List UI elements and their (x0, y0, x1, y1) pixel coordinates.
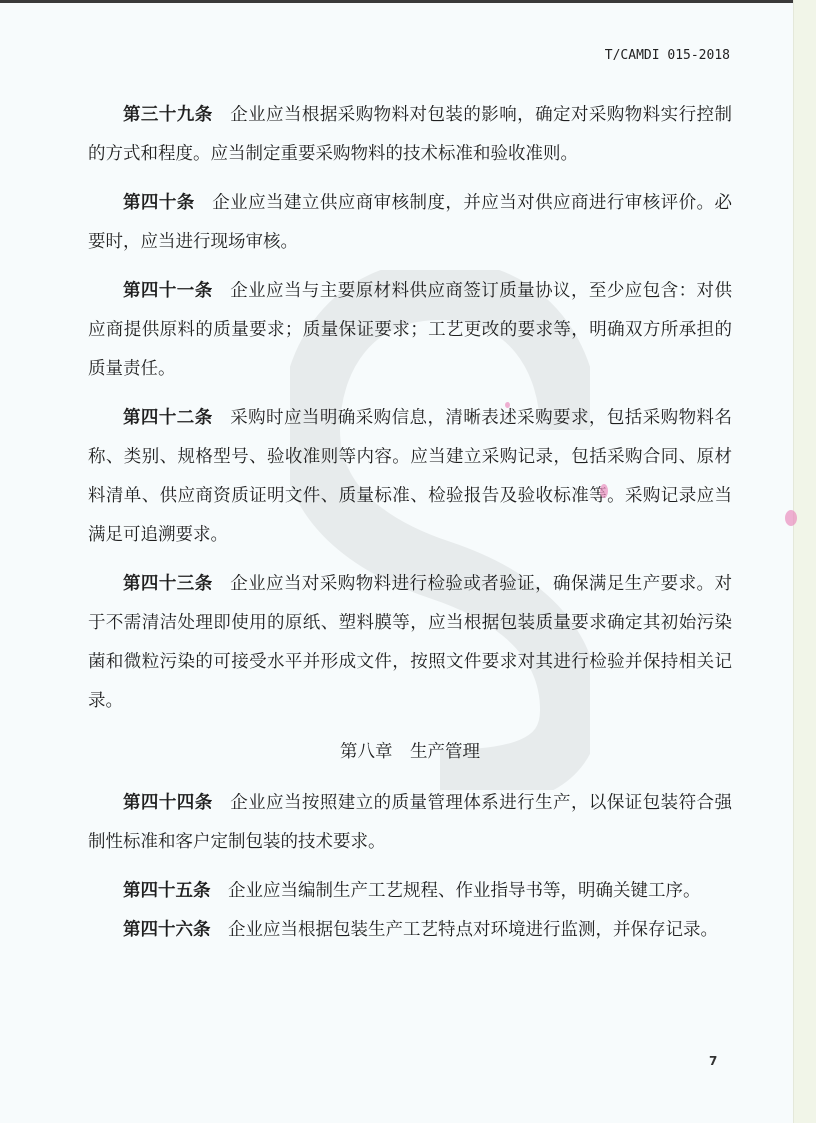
document-code: T/CAMDI 015-2018 (605, 48, 730, 63)
article-number: 第四十四条 (123, 793, 213, 813)
article-text: 企业应当编制生产工艺规程、作业指导书等，明确关键工序。 (228, 881, 701, 901)
article-number: 第三十九条 (123, 105, 213, 125)
article-46: 第四十六条企业应当根据包装生产工艺特点对环境进行监测，并保存记录。 (88, 911, 732, 950)
article-number: 第四十三条 (123, 574, 213, 594)
ink-stain (600, 484, 608, 498)
article-40: 第四十条企业应当建立供应商审核制度，并应当对供应商进行审核评价。必要时，应当进行… (88, 184, 732, 262)
article-39: 第三十九条企业应当根据采购物料对包装的影响，确定对采购物料实行控制的方式和程度。… (88, 96, 732, 174)
page-number: 7 (709, 1054, 717, 1068)
ink-stain (505, 402, 510, 408)
chapter-title: 生产管理 (410, 742, 480, 762)
article-text: 企业应当根据包装生产工艺特点对环境进行监测，并保存记录。 (228, 920, 718, 940)
article-42: 第四十二条采购时应当明确采购信息，清晰表述采购要求，包括采购物料名称、类别、规格… (88, 399, 732, 555)
scan-top-edge (0, 0, 816, 3)
article-41: 第四十一条企业应当与主要原材料供应商签订质量协议，至少应包含：对供应商提供原料的… (88, 272, 732, 389)
article-number: 第四十六条 (123, 920, 211, 940)
chapter-heading: 第八章生产管理 (88, 733, 732, 772)
document-body: 第三十九条企业应当根据采购物料对包装的影响，确定对采购物料实行控制的方式和程度。… (88, 96, 732, 960)
article-number: 第四十一条 (123, 281, 213, 301)
article-text: 采购时应当明确采购信息，清晰表述采购要求，包括采购物料名称、类别、规格型号、验收… (88, 408, 732, 545)
article-text: 企业应当对采购物料进行检验或者验证，确保满足生产要求。对于不需清洁处理即使用的原… (88, 574, 732, 711)
article-number: 第四十五条 (123, 881, 211, 901)
article-44: 第四十四条企业应当按照建立的质量管理体系进行生产，以保证包装符合强制性标准和客户… (88, 784, 732, 862)
scan-right-edge (793, 0, 816, 1123)
article-43: 第四十三条企业应当对采购物料进行检验或者验证，确保满足生产要求。对于不需清洁处理… (88, 565, 732, 721)
article-45: 第四十五条企业应当编制生产工艺规程、作业指导书等，明确关键工序。 (88, 872, 732, 911)
ink-stain (785, 510, 797, 526)
chapter-number: 第八章 (340, 742, 393, 762)
article-number: 第四十二条 (123, 408, 213, 428)
article-number: 第四十条 (123, 193, 195, 213)
